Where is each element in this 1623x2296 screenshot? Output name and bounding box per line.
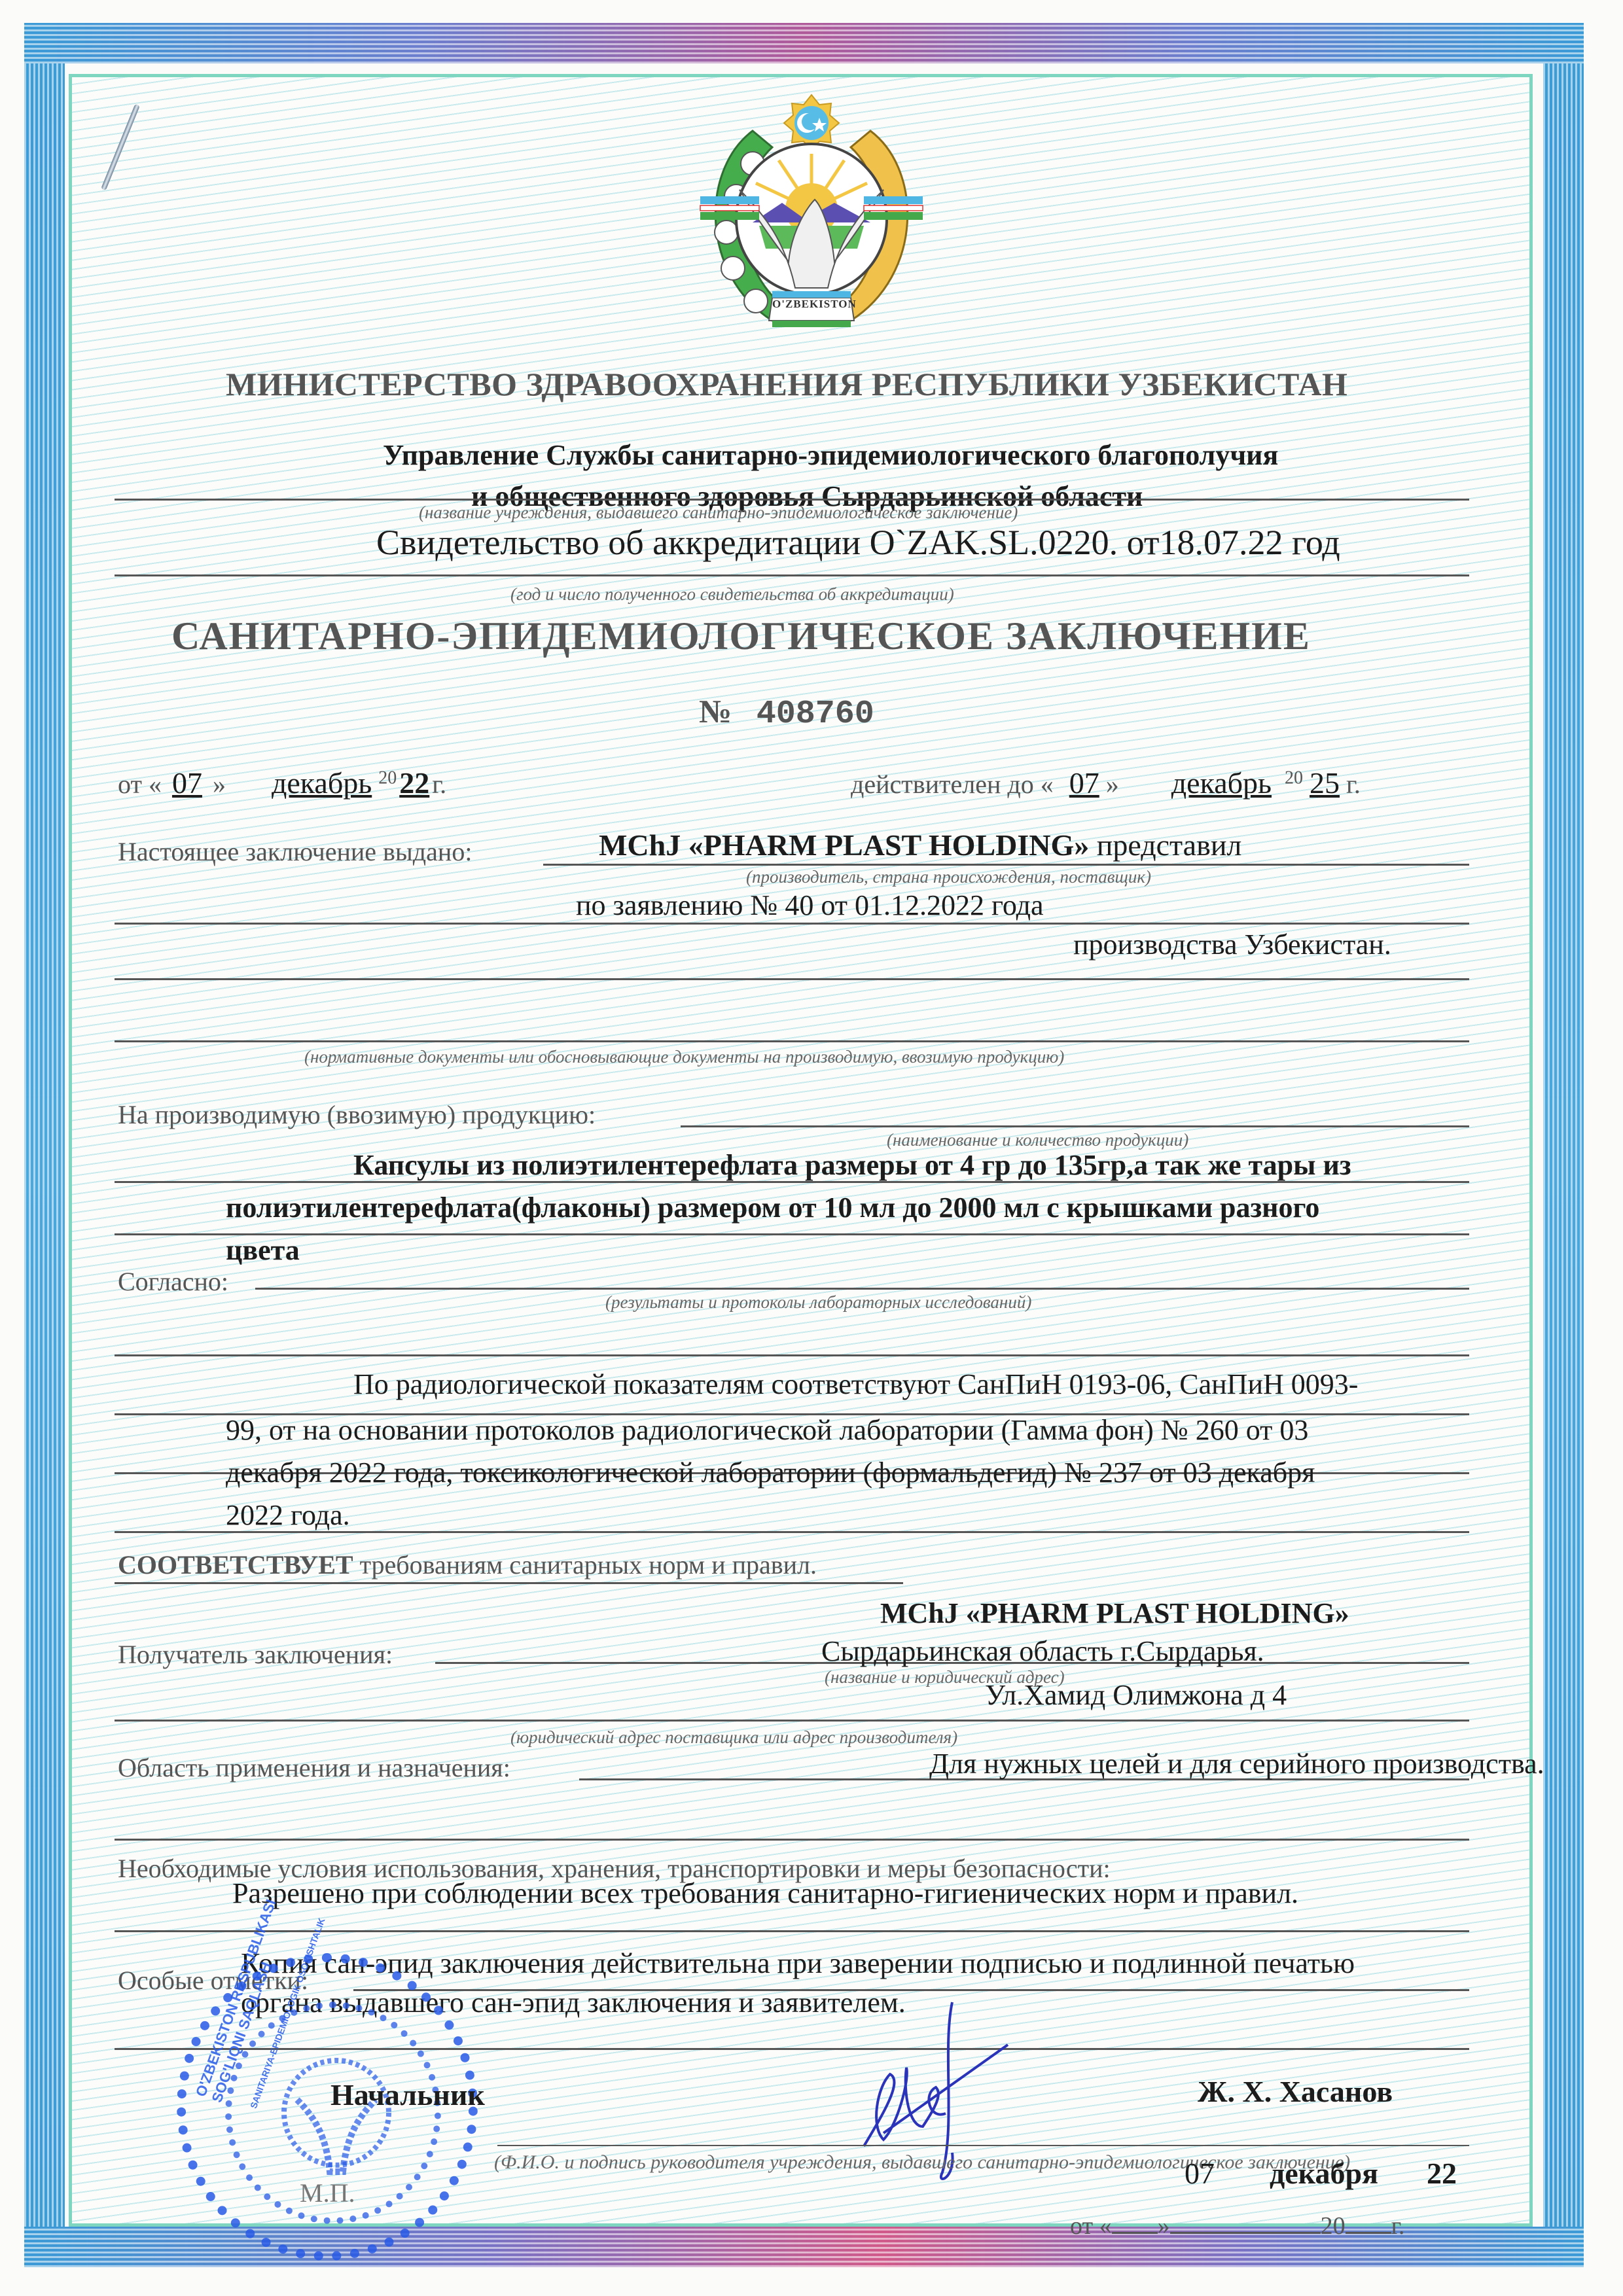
product-label-underline xyxy=(681,1125,1469,1127)
number-value: 408760 xyxy=(757,696,874,733)
stamp-emblem-icon xyxy=(271,2041,402,2185)
ministry-name: МИНИСТЕРСТВО ЗДРАВООХРАНЕНИЯ РЕСПУБЛИКИ … xyxy=(226,365,1347,403)
accreditation-caption: (год и число полученного свидетельства о… xyxy=(510,584,954,605)
document-title: САНИТАРНО-ЭПИДЕМИОЛОГИЧЕСКОЕ ЗАКЛЮЧЕНИЕ xyxy=(171,614,1311,659)
scope-value: Для нужных целей и для серийного произво… xyxy=(929,1747,1544,1780)
institution-name-line1: Управление Службы санитарно-эпидемиологи… xyxy=(383,438,1278,472)
accreditation-underline xyxy=(115,574,1469,576)
origin-underline xyxy=(115,978,1469,980)
number-sign: № xyxy=(699,693,732,730)
institution-underline xyxy=(115,499,1469,501)
security-border-top xyxy=(24,23,1584,63)
issue-month: декабрь xyxy=(232,766,378,800)
application-reference: по заявлению № 40 от 01.12.2022 года xyxy=(576,889,1044,922)
signing-month: декабря xyxy=(1270,2156,1378,2191)
according-line-2: 99, от на основании протоколов радиологи… xyxy=(226,1413,1308,1447)
notes-line-1: Копия сан-эпид заключения действительна … xyxy=(241,1947,1355,1980)
according-line-3: декабря 2022 года, токсикологической лаб… xyxy=(226,1456,1315,1489)
according-line-4: 2022 года. xyxy=(226,1498,350,1532)
signature-caption: (Ф.И.О. и подпись руководителя учреждени… xyxy=(494,2151,1350,2174)
signature-underline xyxy=(497,2145,1469,2146)
scope-line2 xyxy=(115,1839,1469,1841)
according-underline xyxy=(255,1288,1469,1290)
signatory-position: Начальник xyxy=(330,2077,485,2112)
issued-to-value: MChJ «PHARM PLAST HOLDING» представил xyxy=(599,828,1241,862)
issued-to-underline xyxy=(543,864,1469,866)
recipient-address-underline xyxy=(115,1720,1469,1722)
according-line-1: По радиологической показателям соответст… xyxy=(353,1368,1358,1401)
issue-year: 22 xyxy=(397,766,432,800)
recipient-address-2: Ул.Хамид Олимжона д 4 xyxy=(985,1678,1287,1712)
recipient-address-caption: (юридический адрес поставщика или адрес … xyxy=(510,1727,957,1748)
product-line-1: Капсулы из полиэтилентерефлата размеры о… xyxy=(353,1148,1351,1182)
conformity-underline xyxy=(115,1582,903,1584)
valid-year: 25 xyxy=(1303,766,1346,800)
docs-underline xyxy=(115,1040,1469,1042)
product-label: На производимую (ввозимую) продукцию: xyxy=(118,1099,596,1130)
product-line-3: цвета xyxy=(226,1233,300,1267)
recipient-address-1: Сырдарьинская область г.Сырдарья. xyxy=(821,1634,1264,1668)
recipient-label: Получатель заключения: xyxy=(118,1639,393,1670)
institution-caption: (название учреждения, выдавшего санитарн… xyxy=(419,503,1018,523)
signing-year: 22 xyxy=(1427,2156,1457,2191)
valid-month: декабрь xyxy=(1126,766,1278,800)
valid-day: 07 xyxy=(1054,766,1106,800)
issue-day: 07 xyxy=(162,766,213,800)
issued-to-label: Настоящее заключение выдано: xyxy=(118,836,472,867)
product-line2-underline xyxy=(115,1233,1469,1235)
valid-until-date: действителен до «07» декабрь 2025г. xyxy=(851,766,1361,800)
docs-caption: (нормативные документы или обосновывающи… xyxy=(304,1047,1064,1067)
signing-day: 07 xyxy=(1185,2156,1215,2191)
document-number: № 408760 xyxy=(699,692,874,733)
origin-text: производства Узбекистан. xyxy=(1073,928,1391,961)
issued-to-caption: (производитель, страна происхождения, по… xyxy=(746,867,1151,887)
accreditation-text: Свидетельство об аккредитации O`ZAK.SL.0… xyxy=(376,522,1340,563)
emblem-label: O'ZBEKISTON xyxy=(772,298,857,311)
issue-date: от «07» декабрь2022г. xyxy=(118,766,446,800)
recipient-name: MChJ «PHARM PLAST HOLDING» xyxy=(880,1597,1349,1630)
according-caption: (результаты и протоколы лабораторных исс… xyxy=(605,1292,1031,1313)
signatory-name: Ж. Х. Хасанов xyxy=(1198,2074,1393,2109)
product-line-2: полиэтилентерефлата(флаконы) размером от… xyxy=(226,1191,1319,1224)
application-underline xyxy=(115,923,1469,925)
conformity-statement: СООТВЕТСТВУЕТ требованиям санитарных нор… xyxy=(118,1549,817,1580)
stamp-mark: М.П. xyxy=(300,2178,355,2208)
according-line0-underline xyxy=(115,1354,1469,1356)
according-label: Согласно: xyxy=(118,1266,228,1297)
scope-label: Область применения и назначения: xyxy=(118,1752,510,1783)
product-caption: (наименование и количество продукции) xyxy=(887,1130,1188,1150)
security-border-left xyxy=(24,23,65,2267)
according-line4-underline xyxy=(115,1531,1469,1533)
conditions-value: Разрешено при соблюдении всех требования… xyxy=(232,1877,1298,1910)
blank-date: от «»20г. xyxy=(1070,2212,1404,2240)
security-border-right xyxy=(1543,23,1584,2267)
